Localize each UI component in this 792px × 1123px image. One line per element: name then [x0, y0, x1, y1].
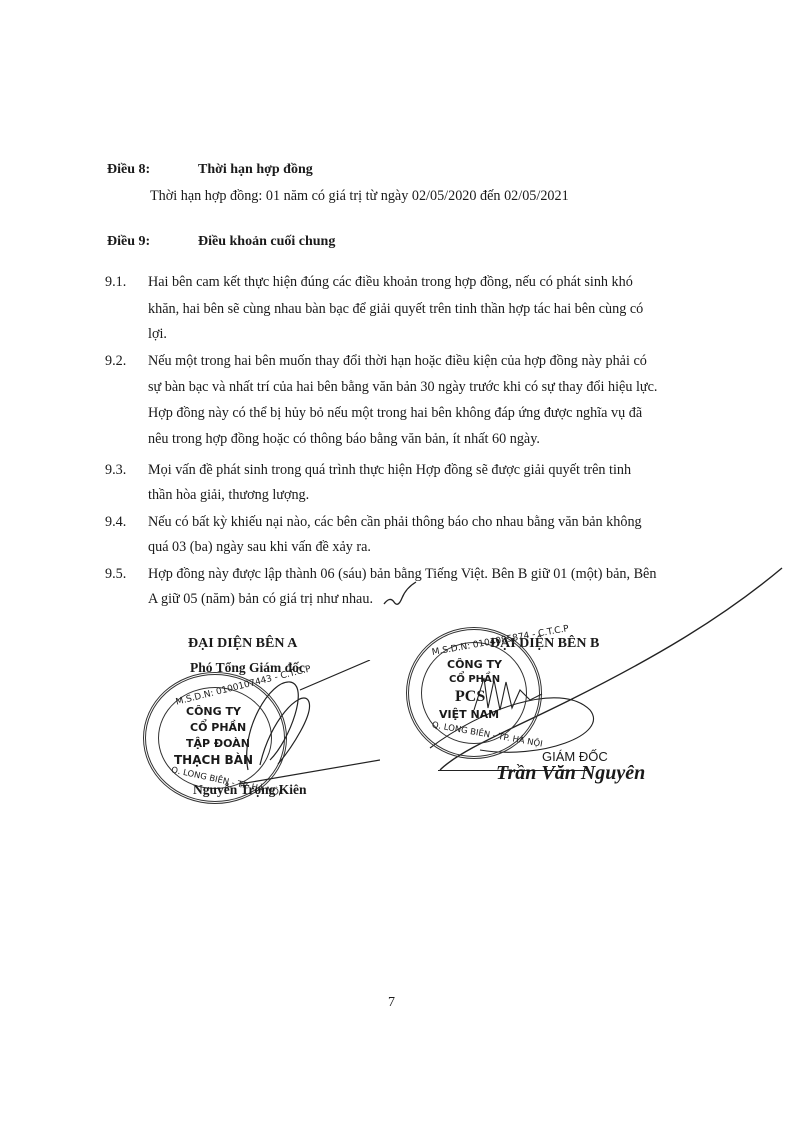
article-8-body: Thời hạn hợp đồng: 01 năm có giá trị từ …: [150, 188, 569, 205]
clause-9-3-line: Mọi vấn đề phát sinh trong quá trình thự…: [148, 462, 631, 479]
article-9-title: Điều khoản cuối chung: [198, 234, 335, 250]
article-8-number: Điều 8:: [107, 162, 150, 178]
clause-9-2-line: nêu trong hợp đồng hoặc có thông báo bằn…: [148, 431, 540, 448]
clause-9-1-number: 9.1.: [105, 274, 126, 291]
clause-9-5-number: 9.5.: [105, 566, 126, 583]
initials-mark: [380, 580, 420, 610]
article-8-title: Thời hạn hợp đồng: [198, 162, 313, 178]
clause-9-5-line: A giữ 05 (năm) bản có giá trị như nhau.: [148, 591, 373, 608]
clause-9-4-number: 9.4.: [105, 514, 126, 531]
clause-9-3-number: 9.3.: [105, 462, 126, 479]
clause-9-2-line: Hợp đồng này có thể bị hủy bỏ nếu một tr…: [148, 405, 642, 422]
clause-9-1-line: lợi.: [148, 326, 167, 343]
page-number: 7: [388, 995, 395, 1011]
clause-9-3-line: thần hòa giải, thương lượng.: [148, 487, 309, 504]
document-page: Điều 8: Thời hạn hợp đồng Thời hạn hợp đ…: [0, 0, 792, 1123]
clause-9-4-line: quá 03 (ba) ngày sau khi vấn đề xảy ra.: [148, 539, 371, 556]
party-a-name: Nguyễn Trọng Kiên: [193, 782, 307, 798]
clause-9-1-line: khăn, hai bên sẽ cùng nhau bàn bạc để gi…: [148, 301, 643, 318]
clause-9-2-number: 9.2.: [105, 353, 126, 370]
party-a-signature: [200, 660, 380, 800]
party-b-name: Trần Văn Nguyên: [496, 762, 645, 785]
party-b-signature-scribble: [470, 670, 550, 730]
clause-9-1-line: Hai bên cam kết thực hiện đúng các điều …: [148, 274, 633, 291]
party-a-heading: ĐẠI DIỆN BÊN A: [188, 636, 297, 652]
clause-9-4-line: Nếu có bất kỳ khiếu nại nào, các bên cần…: [148, 514, 642, 531]
clause-9-2-line: Nếu một trong hai bên muốn thay đổi thời…: [148, 353, 647, 370]
article-9-number: Điều 9:: [107, 234, 150, 250]
clause-9-2-line: sự bàn bạc và nhất trí của hai bên bằng …: [148, 379, 657, 396]
